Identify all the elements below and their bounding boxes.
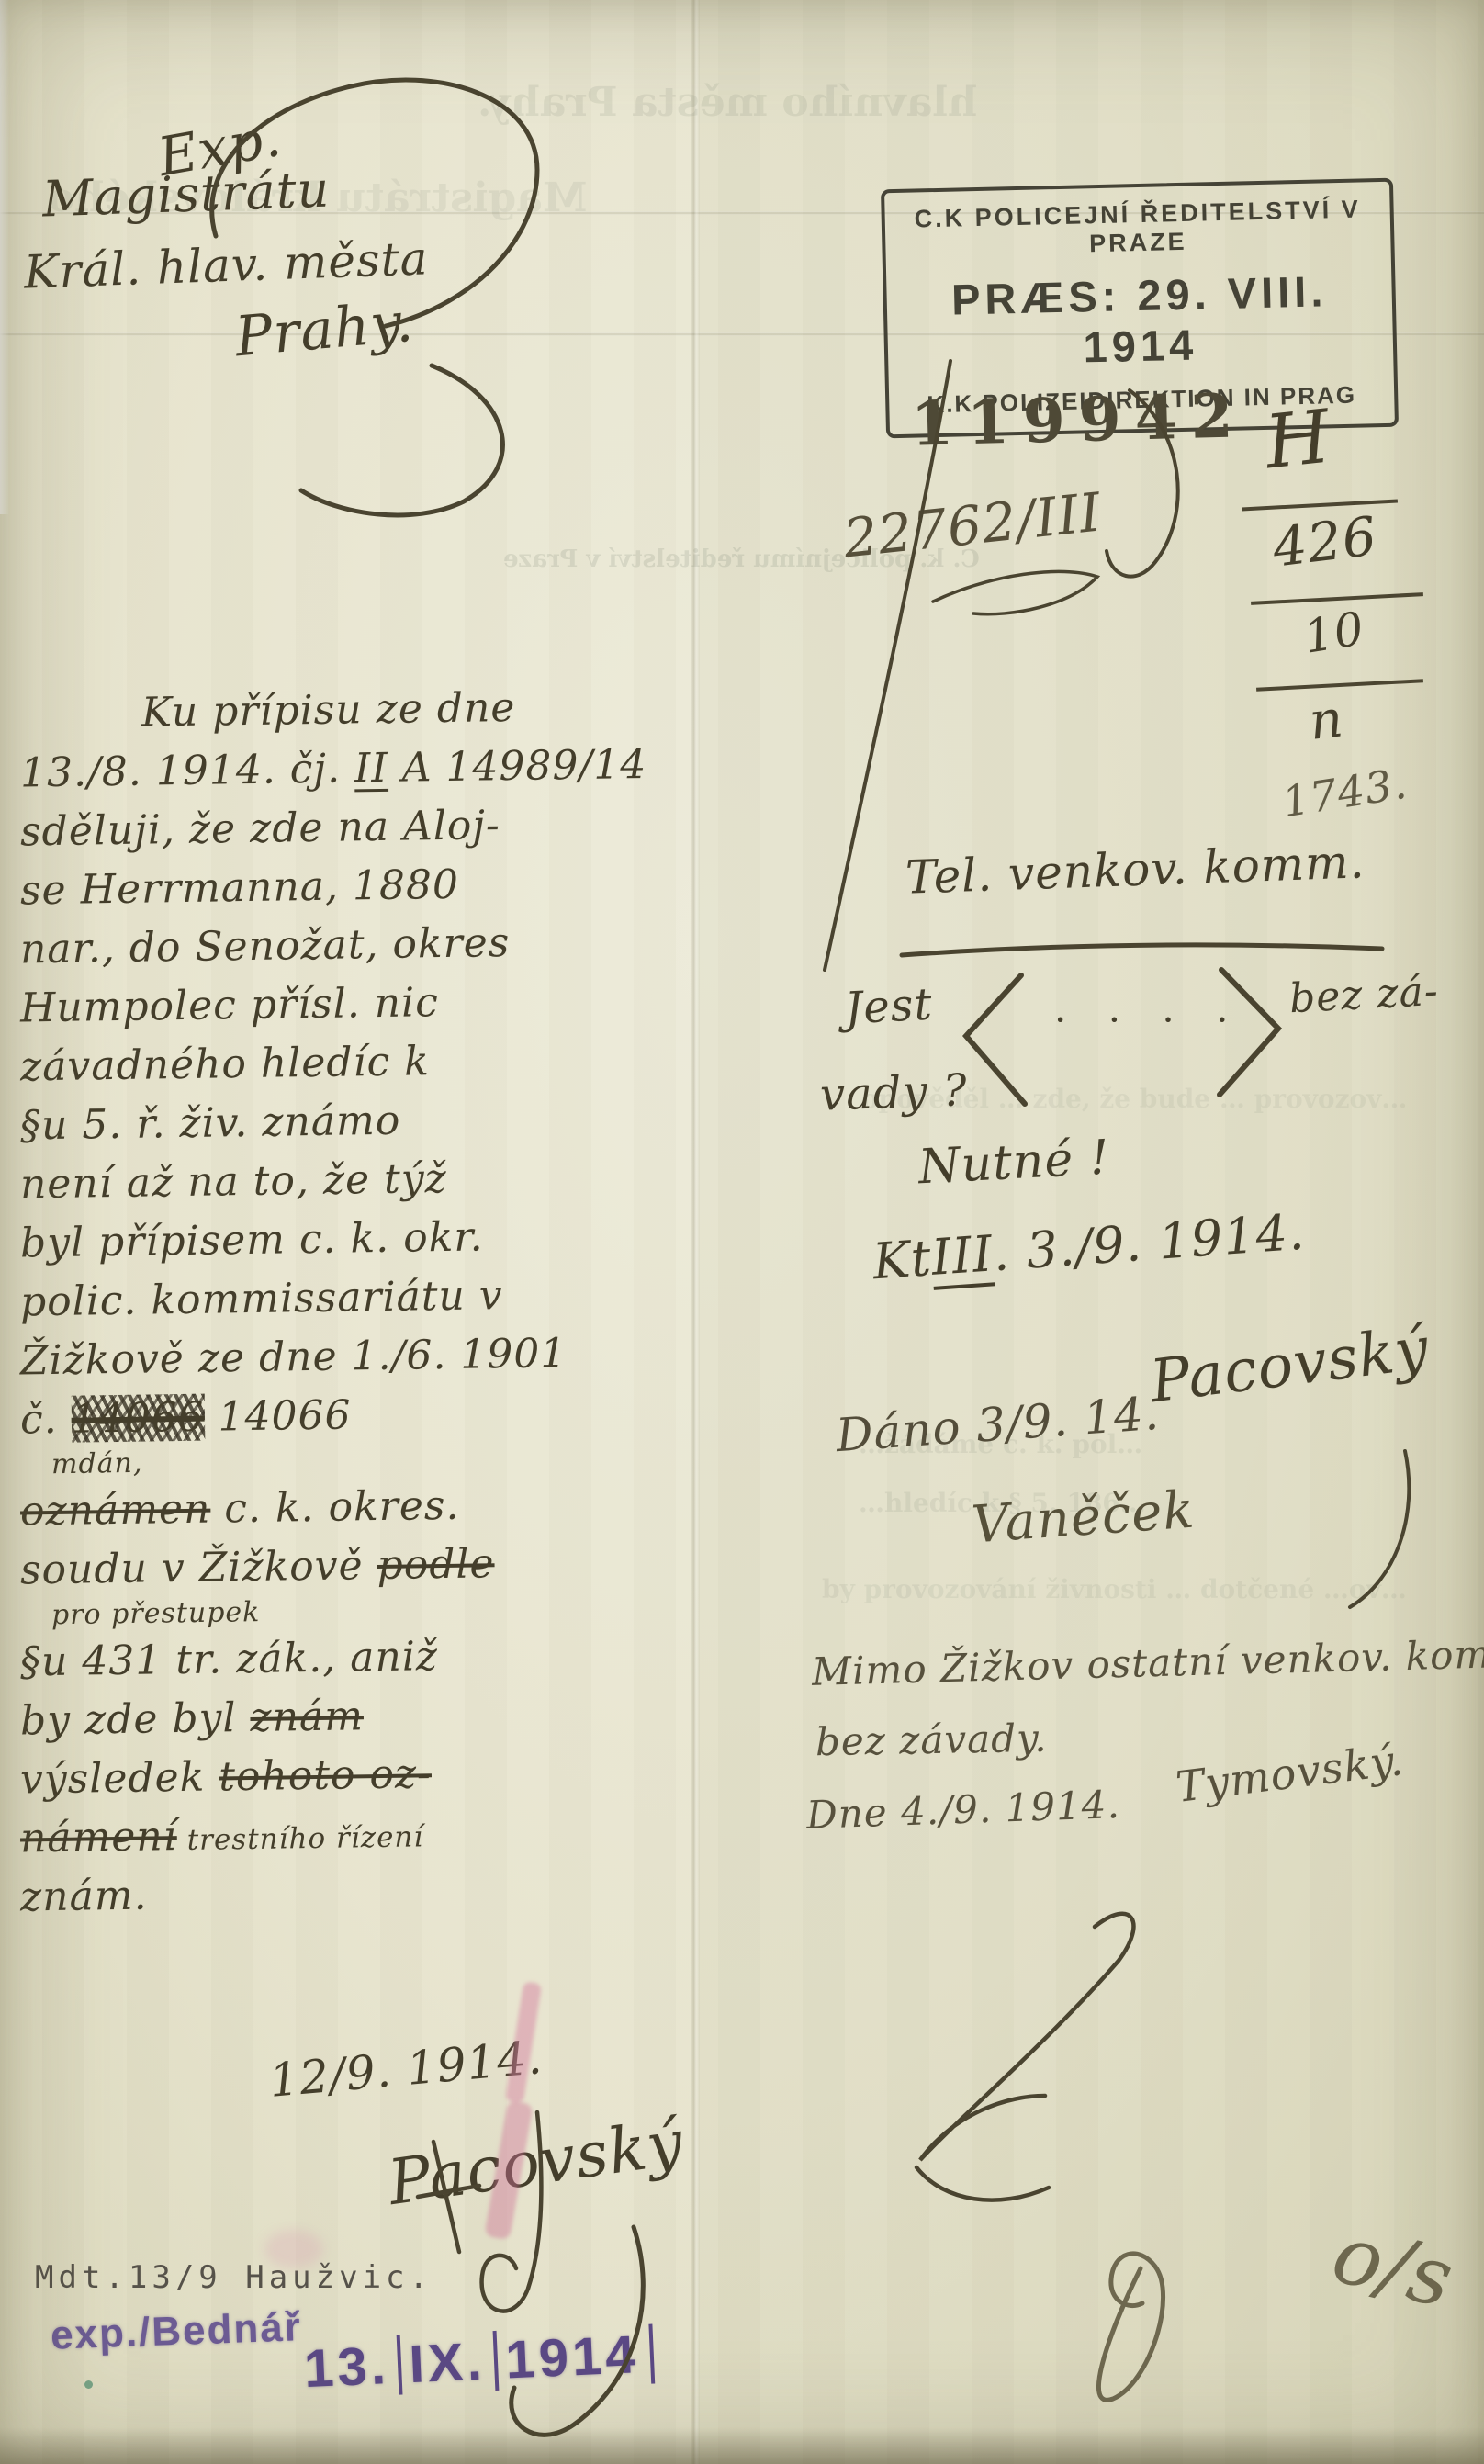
bottom-shadow — [0, 2427, 1484, 2464]
scan-vignette — [0, 0, 1484, 2464]
document-page: hlavního města Prahy. Magistrátu královs… — [0, 0, 1484, 2464]
